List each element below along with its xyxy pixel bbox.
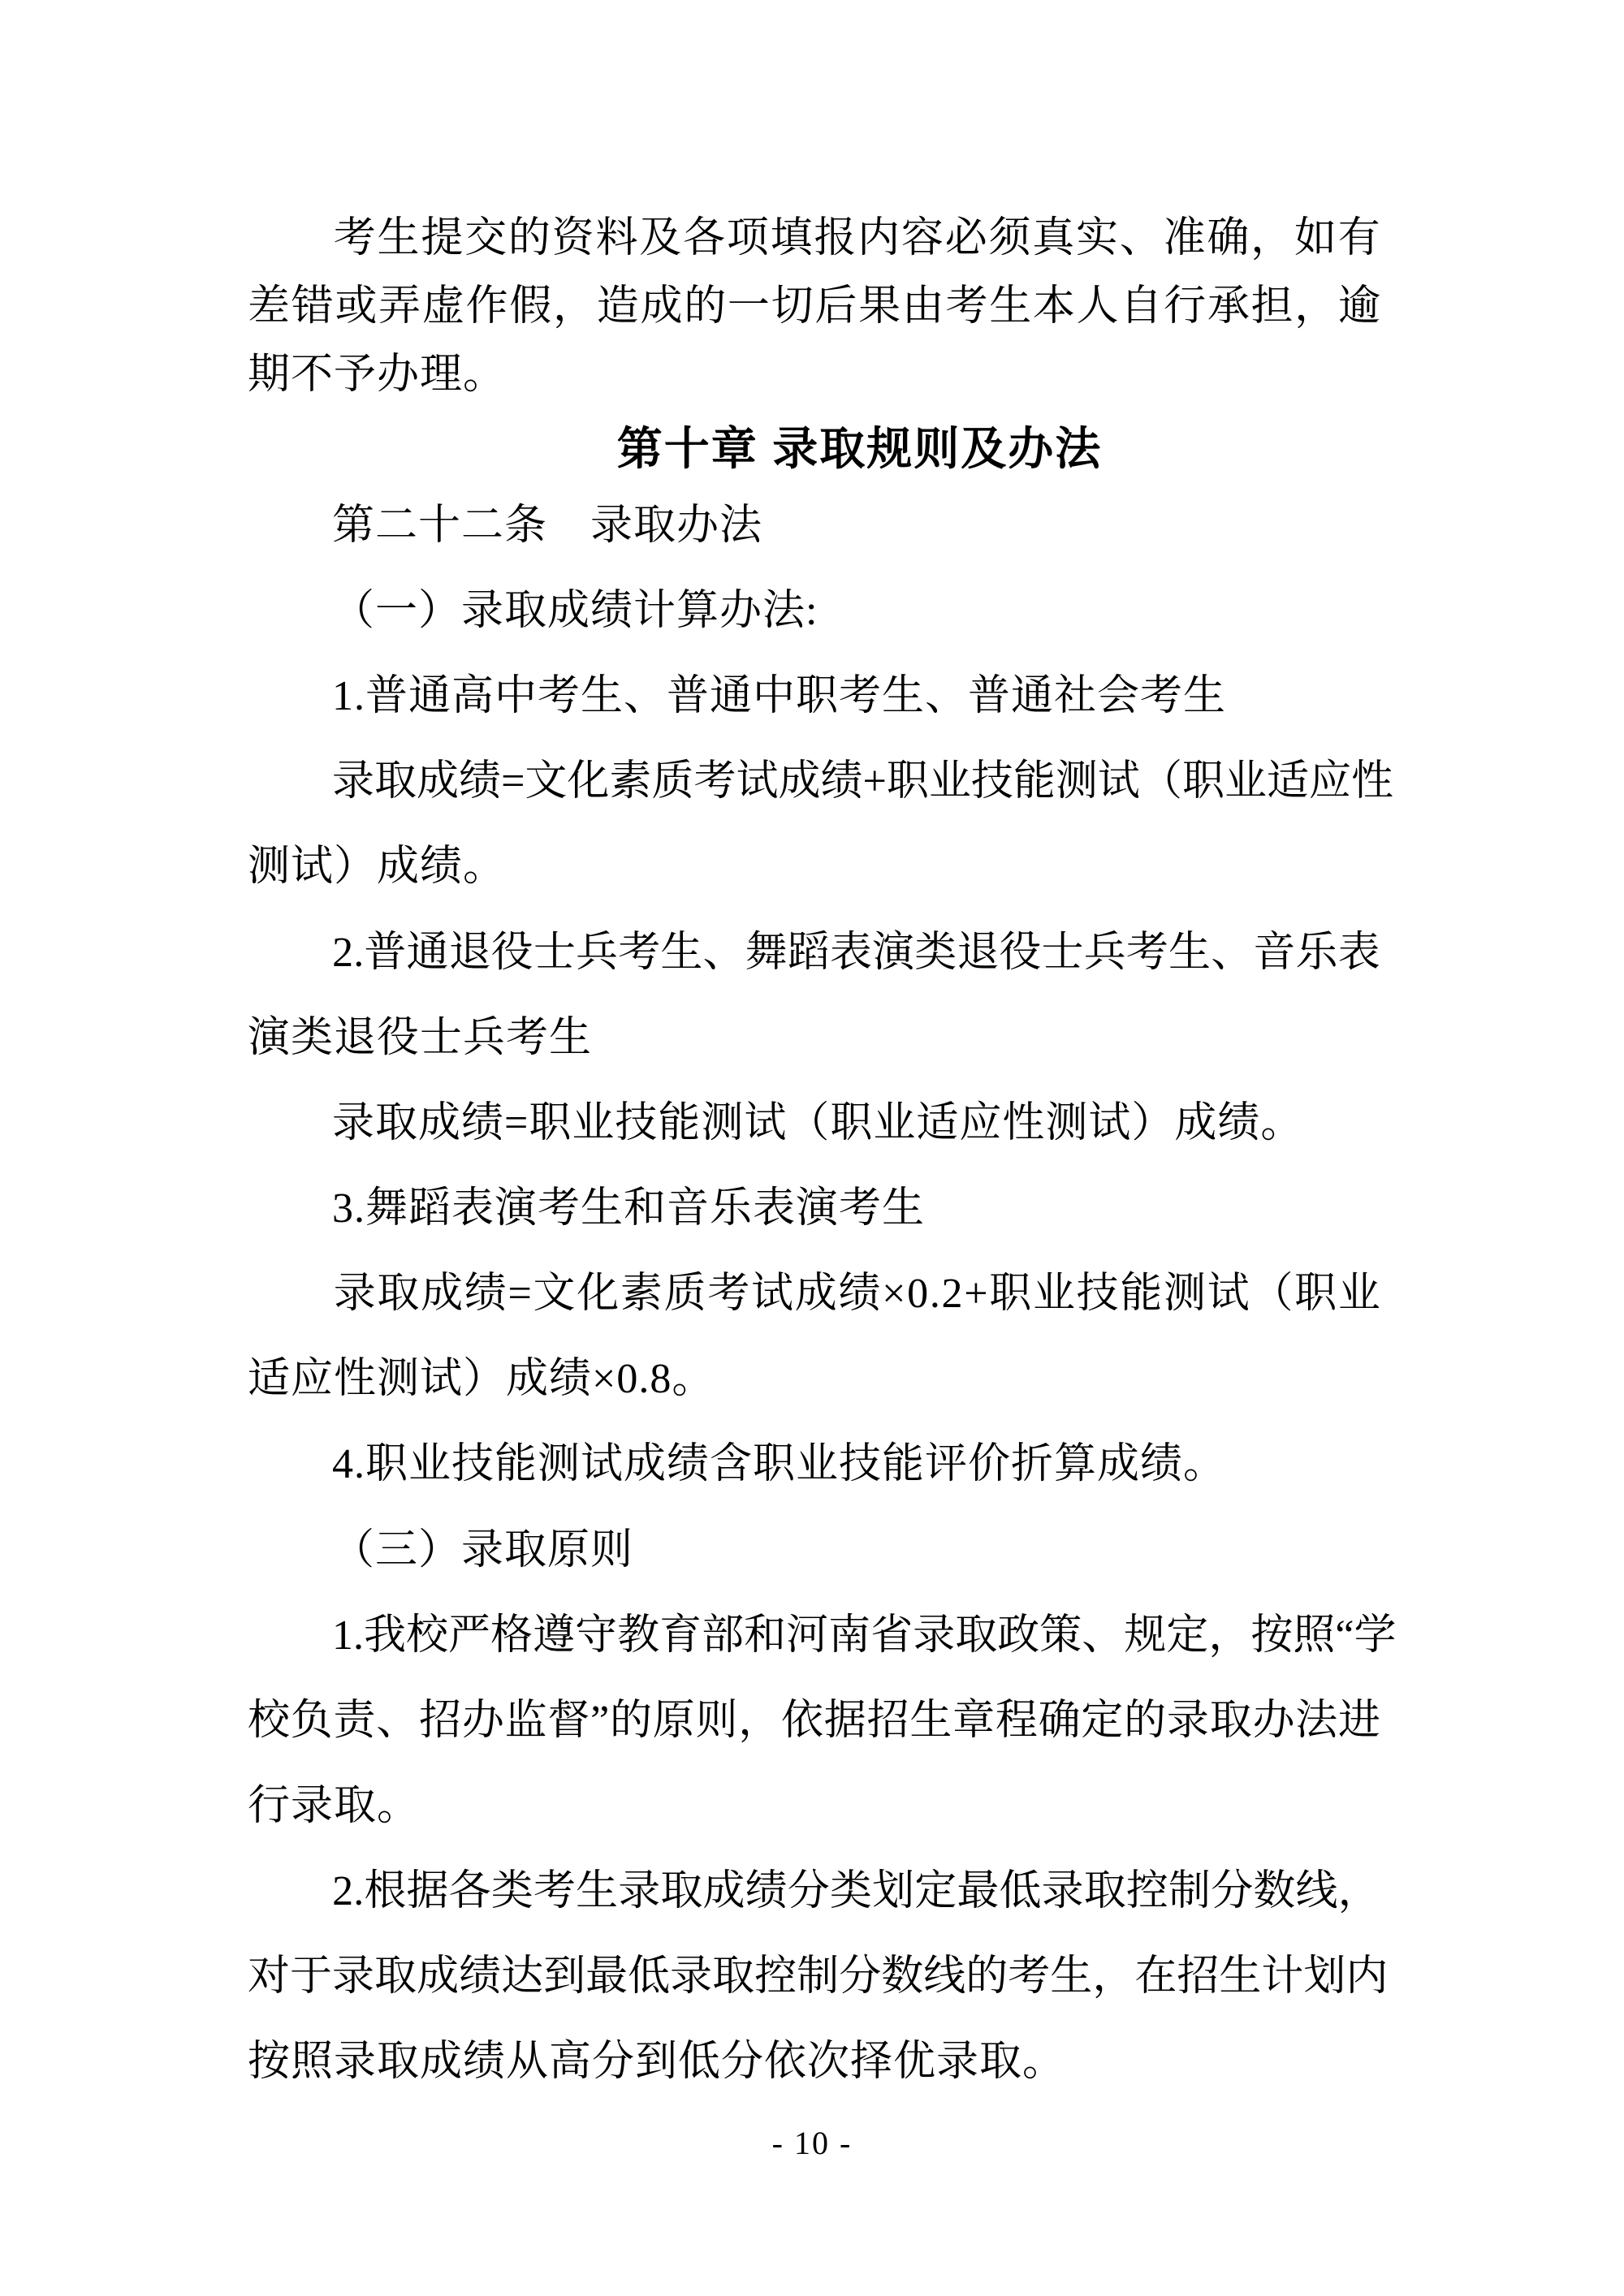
text-line: 录取成绩=职业技能测试（职业适应性测试）成绩。 xyxy=(248,1080,1380,1167)
document-body: 考生提交的资料及各项填报内容必须真实、准确，如有差错或弄虚作假，造成的一切后果由… xyxy=(248,0,1380,2296)
text-line: （一）录取成绩计算办法: xyxy=(248,568,1380,655)
text-line: 录取成绩=文化素质考试成绩+职业技能测试（职业适应性 xyxy=(248,738,1380,826)
text-line: 4.职业技能测试成绩含职业技能评价折算成绩。 xyxy=(248,1421,1380,1508)
chapter-heading: 第十章 录取规则及办法 xyxy=(248,405,1380,493)
document-page: 考生提交的资料及各项填报内容必须真实、准确，如有差错或弄虚作假，造成的一切后果由… xyxy=(0,0,1624,2296)
text-line: 3.舞蹈表演考生和音乐表演考生 xyxy=(248,1165,1380,1253)
text-line: 演类退役士兵考生 xyxy=(248,995,1380,1082)
text-line: 按照录取成绩从高分到低分依次择优录取。 xyxy=(248,2018,1380,2106)
text-line: 1.普通高中考生、普通中职考生、普通社会考生 xyxy=(248,653,1380,740)
text-line: 行录取。 xyxy=(248,1763,1380,1850)
text-line: 2.根据各类考生录取成绩分类划定最低录取控制分数线， xyxy=(248,1848,1380,1936)
text-line: （三）录取原则 xyxy=(248,1507,1380,1595)
text-line: 适应性测试）成绩×0.8。 xyxy=(248,1336,1380,1423)
text-line: 录取成绩=文化素质考试成绩×0.2+职业技能测试（职业 xyxy=(248,1250,1380,1338)
text-line: 1.我校严格遵守教育部和河南省录取政策、规定，按照“学 xyxy=(248,1592,1380,1680)
text-line: 2.普通退役士兵考生、舞蹈表演类退役士兵考生、音乐表 xyxy=(248,909,1380,997)
text-line: 测试）成绩。 xyxy=(248,823,1380,911)
text-line: 校负责、招办监督”的原则，依据招生章程确定的录取办法进 xyxy=(248,1677,1380,1765)
text-line: 对于录取成绩达到最低录取控制分数线的考生，在招生计划内 xyxy=(248,1933,1380,2021)
text-line: 第二十二条 录取办法 xyxy=(248,482,1380,570)
page-number: - 10 - xyxy=(0,2121,1624,2166)
